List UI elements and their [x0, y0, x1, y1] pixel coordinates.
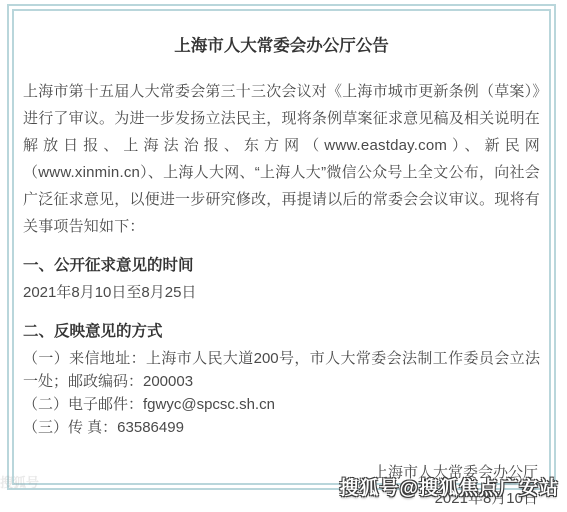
sohu-watermark-faint: 搜狐号	[0, 472, 39, 491]
sohu-watermark: 搜狐号@搜狐焦点广安站	[339, 473, 559, 499]
email-line: （二）电子邮件：fgwyc@spcsc.sh.cn	[23, 393, 540, 416]
notice-content: 上海市人大常委会办公厅公告 上海市第十五届人大常委会第三十三次会议对《上海市城市…	[14, 35, 549, 499]
notice-frame: 上海市人大常委会办公厅公告 上海市第十五届人大常委会第三十三次会议对《上海市城市…	[7, 4, 556, 490]
fax-line: （三）传 真：63586499	[23, 416, 540, 439]
contact-method-list: （一）来信地址：上海市人民大道200号，市人大常委会法制工作委员会立法一处；邮政…	[23, 347, 540, 439]
notice-title: 上海市人大常委会办公厅公告	[23, 35, 540, 57]
comment-period-text: 2021年8月10日至8月25日	[23, 279, 540, 306]
notice-intro-paragraph: 上海市第十五届人大常委会第三十三次会议对《上海市城市更新条例（草案）》进行了审议…	[23, 78, 540, 240]
mail-address-line: （一）来信地址：上海市人民大道200号，市人大常委会法制工作委员会立法一处；邮政…	[23, 347, 540, 393]
section-1-heading: 一、公开征求意见的时间	[23, 252, 540, 279]
section-2-heading: 二、反映意见的方式	[23, 318, 540, 345]
